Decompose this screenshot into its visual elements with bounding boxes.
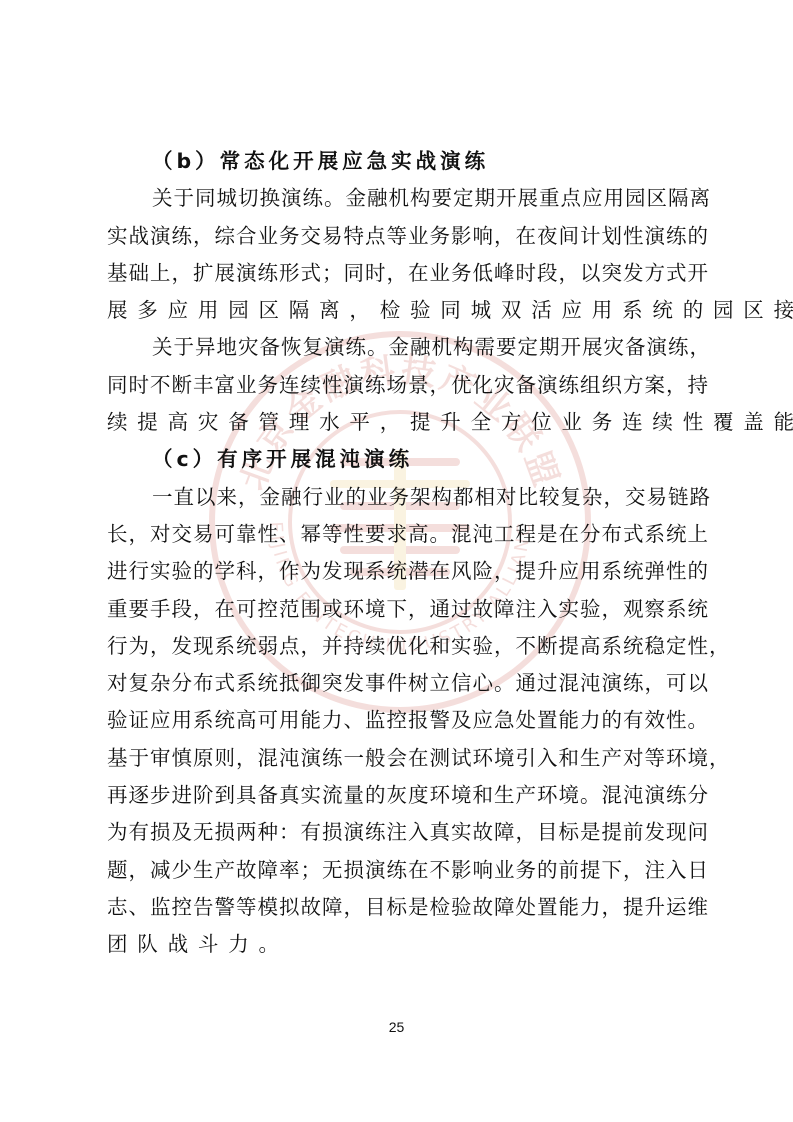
paragraph-line: 长，对交易可靠性、幂等性要求高。混沌工程是在分布式系统上 [107,516,691,553]
paragraph-line: 进行实验的学科，作为发现系统潜在风险，提升应用系统弹性的 [107,553,691,590]
paragraph-line: 关于异地灾备恢复演练。金融机构需要定期开展灾备演练， [107,329,691,366]
paragraph-line: 为有损及无损两种：有损演练注入真实故障，目标是提前发现问 [107,814,691,851]
paragraph-line: 行为，发现系统弱点，并持续优化和实验，不断提高系统稳定性， [107,628,691,665]
document-body: （b）常态化开展应急实战演练 关于同城切换演练。金融机构要定期开展重点应用园区隔… [107,143,691,964]
page-number: 25 [0,1019,793,1035]
paragraph-line: 志、监控告警等模拟故障，目标是检验故障处置能力，提升运维 [107,889,691,926]
paragraph-line: 验证应用系统高可用能力、监控报警及应急处置能力的有效性。 [107,702,691,739]
document-page: 北京金融科技产业联盟 BEIJING FINTECH INDUSTRY ALLI… [0,0,793,1122]
paragraph-line: 重要手段，在可控范围或环境下，通过故障注入实验，观察系统 [107,591,691,628]
paragraph-line: 关于同城切换演练。金融机构要定期开展重点应用园区隔离 [107,180,691,217]
paragraph-line: 一直以来，金融行业的业务架构都相对比较复杂，交易链路 [107,479,691,516]
section-heading-b: （b）常态化开展应急实战演练 [107,143,691,180]
paragraph-line: 对复杂分布式系统抵御突发事件树立信心。通过混沌演练，可以 [107,665,691,702]
paragraph-line: 团队战斗力。 [107,926,691,963]
paragraph-line: 同时不断丰富业务连续性演练场景，优化灾备演练组织方案，持 [107,367,691,404]
paragraph-line: 基于审慎原则，混沌演练一般会在测试环境引入和生产对等环境， [107,740,691,777]
paragraph-line: 续提高灾备管理水平，提升全方位业务连续性覆盖能力。 [107,404,691,441]
paragraph-line: 题，减少生产故障率；无损演练在不影响业务的前提下，注入日 [107,852,691,889]
paragraph-line: 展多应用园区隔离，检验同城双活应用系统的园区接管能力。 [107,292,691,329]
paragraph-line: 基础上，扩展演练形式；同时，在业务低峰时段，以突发方式开 [107,255,691,292]
paragraph-line: 实战演练，综合业务交易特点等业务影响，在夜间计划性演练的 [107,218,691,255]
section-heading-c: （c）有序开展混沌演练 [107,441,691,478]
paragraph-line: 再逐步进阶到具备真实流量的灰度环境和生产环境。混沌演练分 [107,777,691,814]
